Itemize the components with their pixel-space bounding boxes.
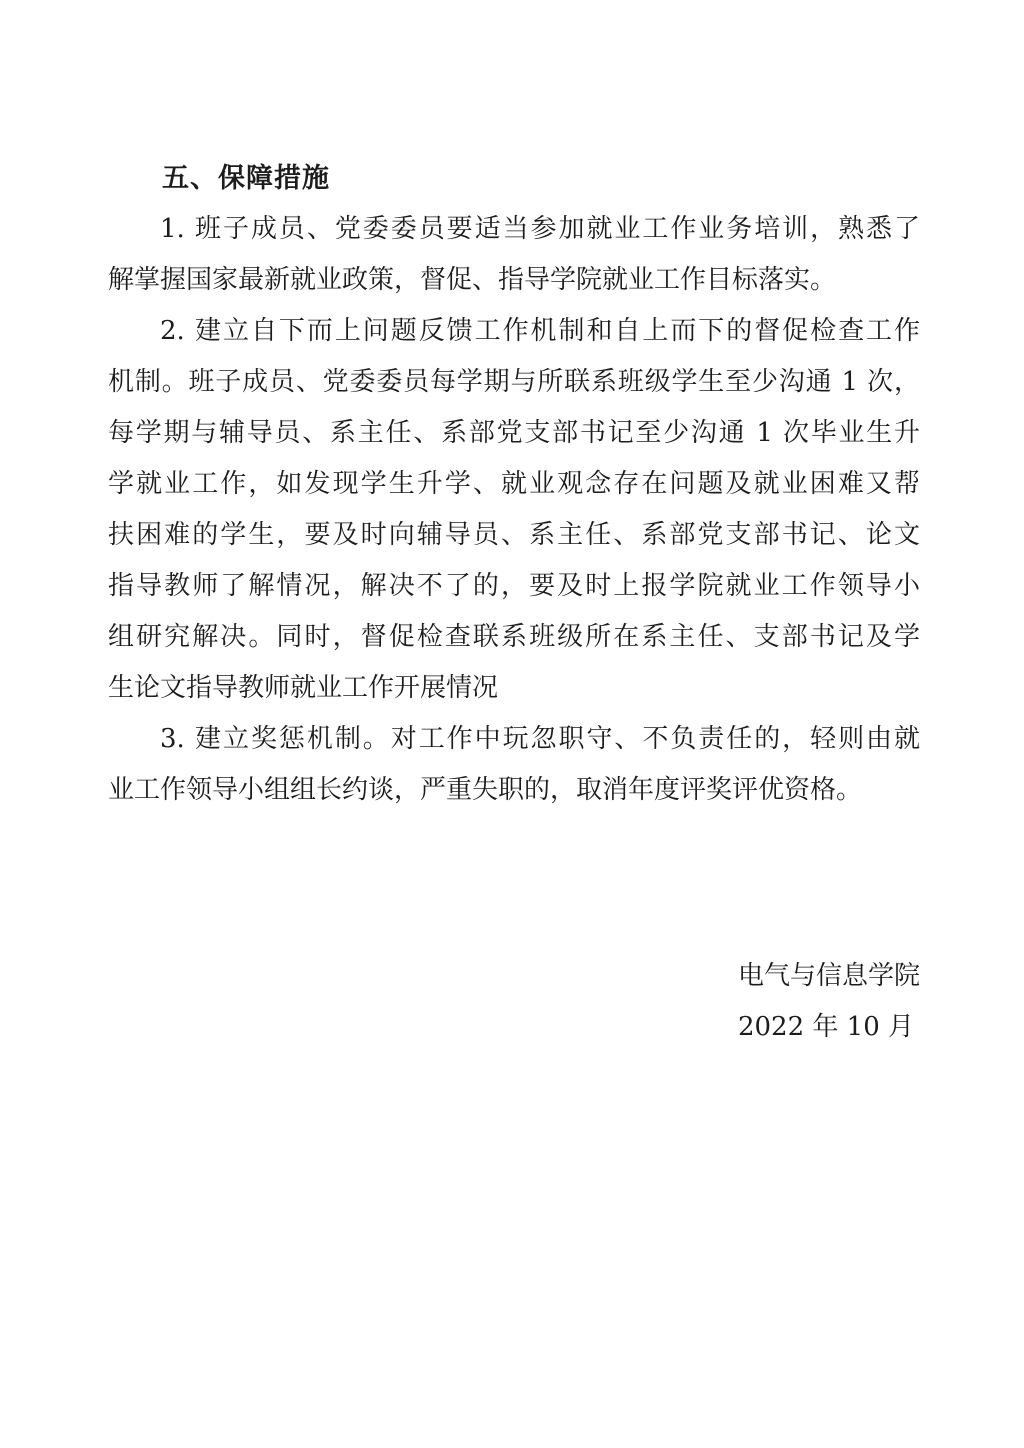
- paragraph: 2. 建立自下而上问题反馈工作机制和自上而下的督促检查工作机制。班子成员、党委委…: [108, 306, 920, 714]
- text-line: 扶困难的学生，要及时向辅导员、系主任、系部党支部书记、论文: [108, 510, 920, 561]
- document-page: 五、保障措施 1. 班子成员、党委委员要适当参加就业工作业务培训，熟悉了解掌握国…: [0, 0, 1024, 1448]
- document-body: 1. 班子成员、党委委员要适当参加就业工作业务培训，熟悉了解掌握国家最新就业政策…: [108, 204, 920, 816]
- signature-block: 电气与信息学院 2022 年 10 月: [108, 951, 920, 1053]
- text-line: 3. 建立奖惩机制。对工作中玩忽职守、不负责任的，轻则由就: [108, 714, 920, 765]
- text-line: 2. 建立自下而上问题反馈工作机制和自上而下的督促检查工作: [108, 306, 920, 357]
- text-line: 1. 班子成员、党委委员要适当参加就业工作业务培训，熟悉了: [108, 204, 920, 255]
- document-content: 五、保障措施 1. 班子成员、党委委员要适当参加就业工作业务培训，熟悉了解掌握国…: [108, 153, 920, 816]
- text-line: 指导教师了解情况，解决不了的，要及时上报学院就业工作领导小: [108, 561, 920, 612]
- paragraph: 1. 班子成员、党委委员要适当参加就业工作业务培训，熟悉了解掌握国家最新就业政策…: [108, 204, 920, 306]
- text-line: 组研究解决。同时，督促检查联系班级所在系主任、支部书记及学: [108, 612, 920, 663]
- text-line: 学就业工作，如发现学生升学、就业观念存在问题及就业困难又帮: [108, 459, 920, 510]
- section-heading: 五、保障措施: [108, 153, 920, 204]
- text-line: 每学期与辅导员、系主任、系部党支部书记至少沟通 1 次毕业生升: [108, 408, 920, 459]
- text-line: 解掌握国家最新就业政策，督促、指导学院就业工作目标落实。: [108, 255, 920, 306]
- signature-organization: 电气与信息学院: [108, 951, 920, 1002]
- text-line: 生论文指导教师就业工作开展情况: [108, 663, 920, 714]
- text-line: 业工作领导小组组长约谈，严重失职的，取消年度评奖评优资格。: [108, 765, 920, 816]
- paragraph: 3. 建立奖惩机制。对工作中玩忽职守、不负责任的，轻则由就业工作领导小组组长约谈…: [108, 714, 920, 816]
- signature-date: 2022 年 10 月: [108, 1002, 920, 1053]
- text-line: 机制。班子成员、党委委员每学期与所联系班级学生至少沟通 1 次，: [108, 357, 920, 408]
